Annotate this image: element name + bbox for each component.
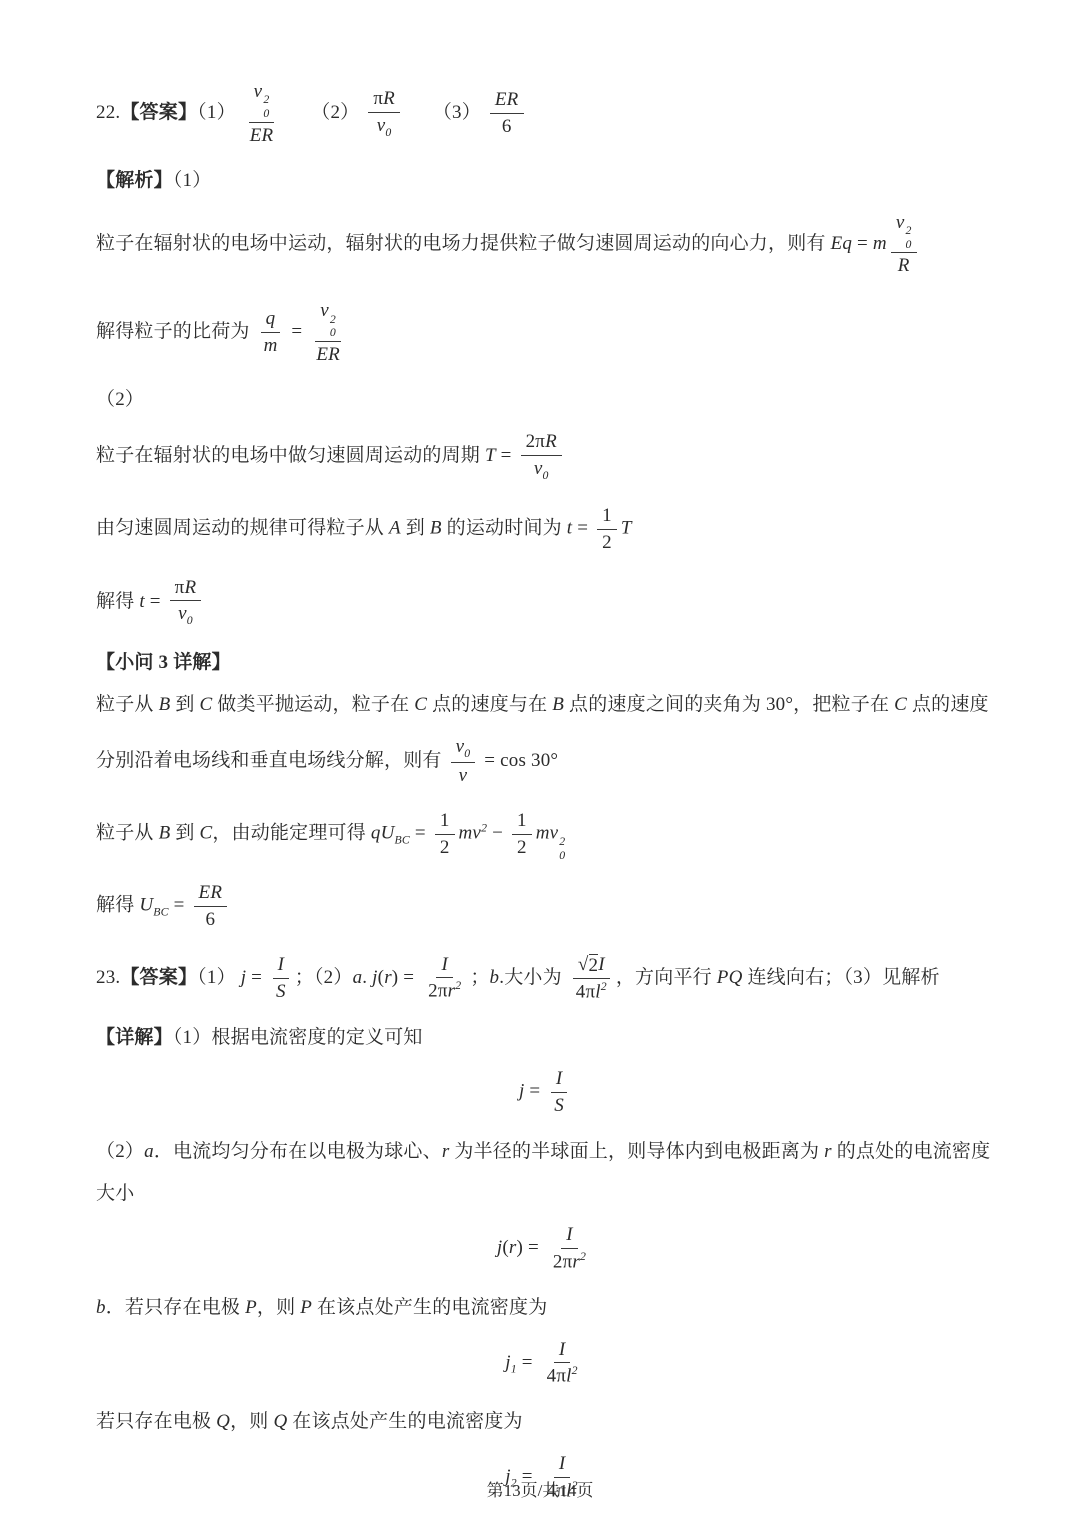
fraction-denominator: v0 bbox=[372, 113, 397, 141]
math-fraction: 12 bbox=[435, 809, 455, 860]
math-var: I bbox=[556, 1068, 563, 1089]
math-var: r bbox=[509, 1237, 517, 1258]
text-run: . bbox=[362, 966, 372, 987]
text-run: 做类平抛运动，粒子在 bbox=[212, 694, 414, 715]
text-run: ，由动能定理可得 bbox=[212, 823, 371, 844]
paragraph: （2）a．电流均匀分布在以电极为球心、r 为半径的半球面上，则导体内到电极距离为… bbox=[96, 1137, 996, 1166]
math-fraction: v20ER bbox=[311, 299, 345, 366]
text-run: 1 bbox=[602, 505, 612, 526]
fraction-denominator: S bbox=[271, 979, 291, 1004]
text-run: = bbox=[572, 518, 593, 539]
math-fraction: qm bbox=[259, 307, 283, 358]
text-run: 解得 bbox=[96, 591, 139, 612]
math-var: C bbox=[199, 694, 212, 715]
superscript: 2 bbox=[601, 980, 607, 993]
radicand: 2 bbox=[589, 954, 599, 977]
math-var: m bbox=[264, 335, 278, 356]
math-fraction: 12 bbox=[597, 504, 617, 555]
math-var: T bbox=[485, 445, 496, 466]
text-run: 【详解】 bbox=[96, 1027, 173, 1048]
text-run: （1）根据电流密度的定义可知 bbox=[173, 1027, 423, 1048]
text-run: 2π bbox=[428, 981, 448, 1002]
fraction-numerator: I bbox=[554, 1452, 571, 1478]
superscript: 2 bbox=[905, 224, 911, 238]
math-var: B bbox=[552, 694, 564, 715]
fraction-denominator: m bbox=[259, 333, 283, 358]
text-run: 连线向右；（3）见解析 bbox=[743, 966, 940, 987]
text-run: = cos 30° bbox=[479, 750, 558, 771]
fraction-denominator: 4πl2 bbox=[542, 1363, 583, 1388]
text-run: 1 bbox=[517, 810, 527, 831]
text-run: 4π bbox=[547, 1366, 567, 1387]
math-fraction: πRv0 bbox=[368, 87, 400, 140]
text-run: − bbox=[487, 823, 508, 844]
superscript: 2 bbox=[263, 93, 269, 107]
paragraph: 粒子在辐射状的电场中运动，辐射状的电场力提供粒子做匀速圆周运动的向心力，则有 E… bbox=[96, 209, 996, 280]
text-run: = bbox=[496, 445, 517, 466]
math-var: S bbox=[554, 1095, 564, 1116]
math-fraction: 2πRv0 bbox=[521, 430, 562, 483]
text-run: 【小问 3 详解】 bbox=[96, 652, 231, 673]
sub-sup-stack: 20 bbox=[559, 835, 565, 862]
text-run: = bbox=[517, 1351, 538, 1372]
text-run: （3） bbox=[404, 102, 486, 123]
analysis-header: 【解析】（1） bbox=[96, 166, 996, 195]
superscript: 2 bbox=[572, 1364, 578, 1377]
math-var: v bbox=[320, 300, 329, 321]
paragraph: 粒子从 B 到 C 做类平抛运动，粒子在 C 点的速度与在 B 点的速度之间的夹… bbox=[96, 690, 996, 719]
math-fraction: I2πr2 bbox=[548, 1223, 591, 1274]
math-var: B bbox=[430, 518, 442, 539]
math-var: I bbox=[598, 954, 605, 975]
superscript: 2 bbox=[580, 1250, 586, 1263]
math-var: I bbox=[559, 1339, 566, 1360]
fraction-denominator: ER bbox=[311, 342, 345, 367]
text-run: 2 bbox=[517, 837, 527, 858]
text-run: 【答案】 bbox=[120, 102, 197, 123]
text-run: 点的速度之间的夹角为 30°，把粒子在 bbox=[564, 694, 894, 715]
math-var: R bbox=[383, 88, 395, 109]
text-run: 2 bbox=[602, 532, 612, 553]
text-run: 4π bbox=[576, 981, 596, 1002]
math-var: B bbox=[159, 823, 171, 844]
math-fraction: ER6 bbox=[490, 88, 524, 139]
math-var: I bbox=[559, 1453, 566, 1474]
text-run: 由匀速圆周运动的规律可得粒子从 bbox=[96, 518, 389, 539]
subscript: 0 bbox=[385, 126, 391, 139]
math-var: Q bbox=[216, 1411, 230, 1432]
text-run: 2π bbox=[526, 431, 546, 452]
formula-line: j(r) = I2πr2 bbox=[96, 1221, 996, 1276]
fraction-denominator: S bbox=[549, 1093, 569, 1118]
text-run: 2 bbox=[589, 955, 599, 976]
fraction-denominator: 4πl2 bbox=[571, 979, 612, 1004]
math-fraction: ER6 bbox=[194, 881, 228, 932]
text-run: 点的速度与在 bbox=[427, 694, 552, 715]
math-var: m bbox=[873, 233, 887, 254]
text-run: 分别沿着电场线和垂直电场线分解，则有 bbox=[96, 750, 447, 771]
text-run: = bbox=[410, 823, 431, 844]
text-run: 为半径的半球面上，则导体内到电极距离为 bbox=[449, 1141, 824, 1162]
math-var: R bbox=[898, 255, 910, 276]
text-run: 大小 bbox=[96, 1183, 134, 1204]
text-run: 粒子在辐射状的电场中运动，辐射状的电场力提供粒子做匀速圆周运动的向心力，则有 bbox=[96, 233, 831, 254]
math-fraction: v20ER bbox=[245, 80, 279, 147]
math-var: r bbox=[824, 1141, 832, 1162]
text-run: ．若只存在电极 bbox=[106, 1297, 245, 1318]
section-marker: （2） bbox=[96, 385, 996, 414]
math-var: Q bbox=[273, 1411, 287, 1432]
fraction-denominator: 6 bbox=[201, 907, 221, 932]
math-var: v bbox=[896, 212, 905, 233]
math-var: S bbox=[276, 981, 286, 1002]
math-var: ER bbox=[199, 882, 223, 903]
subscript: 0 bbox=[464, 747, 470, 760]
fraction-numerator: I bbox=[554, 1338, 571, 1364]
subscript: 0 bbox=[559, 849, 565, 863]
math-fraction: √2I4πl2 bbox=[571, 953, 612, 1004]
math-var: v bbox=[456, 736, 465, 757]
fraction-denominator: 2 bbox=[435, 835, 455, 860]
math-var: r bbox=[384, 966, 392, 987]
sub-sup-stack: 20 bbox=[263, 93, 269, 120]
superscript: 2 bbox=[330, 313, 336, 327]
text-run: 到 bbox=[170, 694, 199, 715]
text-run: ；（2） bbox=[295, 966, 353, 987]
math-var: ER bbox=[495, 89, 519, 110]
math-var: r bbox=[572, 1251, 580, 1272]
fraction-numerator: I bbox=[273, 953, 290, 979]
math-var: I bbox=[278, 954, 285, 975]
math-var: mv bbox=[536, 823, 559, 844]
text-run: ) = bbox=[392, 966, 419, 987]
math-fraction: IS bbox=[549, 1067, 569, 1118]
math-fraction: πRv0 bbox=[170, 576, 202, 629]
subscript: BC bbox=[395, 833, 410, 846]
fraction-numerator: 1 bbox=[435, 809, 455, 835]
math-var: R bbox=[545, 431, 557, 452]
math-fraction: v0v bbox=[451, 735, 476, 788]
fraction-numerator: ER bbox=[490, 88, 524, 114]
text-run: 若只存在电极 bbox=[96, 1411, 216, 1432]
math-var: A bbox=[389, 518, 401, 539]
math-var: v bbox=[178, 603, 187, 624]
text-run: 粒子在辐射状的电场中做匀速圆周运动的周期 bbox=[96, 445, 485, 466]
fraction-denominator: v0 bbox=[173, 601, 198, 629]
answer-line-23: 23.【答案】（1） j = IS；（2）a. j(r) = I2πr2；b.大… bbox=[96, 951, 996, 1006]
text-run: ，则 bbox=[257, 1297, 300, 1318]
math-var: v bbox=[254, 81, 263, 102]
text-run: 2 bbox=[440, 837, 450, 858]
math-fraction: v20R bbox=[891, 211, 917, 278]
radical-sign: √ bbox=[578, 954, 589, 976]
text-run: = bbox=[169, 895, 190, 916]
fraction-numerator: πR bbox=[368, 87, 400, 113]
math-var: P bbox=[245, 1297, 257, 1318]
fraction-denominator: 2 bbox=[512, 835, 532, 860]
text-run: .大小为 bbox=[499, 966, 567, 987]
text-run: （1） bbox=[197, 966, 241, 987]
paragraph: 解得粒子的比荷为 qm = v20ER bbox=[96, 297, 996, 368]
subquestion-header: 【小问 3 详解】 bbox=[96, 648, 996, 677]
text-run: 23. bbox=[96, 966, 120, 987]
text-run: （1） bbox=[197, 102, 241, 123]
fraction-numerator: v0 bbox=[451, 735, 476, 764]
subscript: 0 bbox=[263, 107, 269, 121]
math-var: q bbox=[266, 308, 276, 329]
fraction-numerator: I bbox=[436, 953, 453, 979]
math-var: P bbox=[300, 1297, 312, 1318]
superscript: 2 bbox=[455, 979, 461, 992]
math-var: ER bbox=[316, 344, 340, 365]
document-page: 22.【答案】（1） v20ER （2） πRv0 （3） ER6【解析】（1）… bbox=[0, 0, 1080, 1527]
math-fraction: 12 bbox=[512, 809, 532, 860]
answer-line-22: 22.【答案】（1） v20ER （2） πRv0 （3） ER6 bbox=[96, 78, 996, 149]
text-run: ； bbox=[470, 966, 489, 987]
subscript: 0 bbox=[330, 326, 336, 340]
paragraph: 解得 t = πRv0 bbox=[96, 574, 996, 631]
detail-header: 【详解】（1）根据电流密度的定义可知 bbox=[96, 1023, 996, 1052]
paragraph: 解得 UBC = ER6 bbox=[96, 879, 996, 934]
fraction-denominator: v0 bbox=[529, 456, 554, 484]
fraction-numerator: I bbox=[561, 1223, 578, 1249]
math-var: B bbox=[159, 694, 171, 715]
square-root: √2 bbox=[578, 954, 598, 977]
math-var: PQ bbox=[717, 966, 743, 987]
formula-line: j = IS bbox=[96, 1065, 996, 1120]
text-run: 在该点处产生的电流密度为 bbox=[312, 1297, 547, 1318]
text-run: 1 bbox=[440, 810, 450, 831]
math-var: I bbox=[441, 954, 448, 975]
math-var: Eq bbox=[831, 233, 853, 254]
fraction-denominator: 6 bbox=[497, 114, 517, 139]
text-run: 解得粒子的比荷为 bbox=[96, 321, 255, 342]
text-run: 的运动时间为 bbox=[442, 518, 567, 539]
math-var: a bbox=[144, 1141, 154, 1162]
text-run: 到 bbox=[170, 823, 199, 844]
text-run: 6 bbox=[502, 116, 512, 137]
text-run: （1） bbox=[173, 170, 212, 191]
math-fraction: I4πl2 bbox=[542, 1338, 583, 1389]
text-run: 22. bbox=[96, 102, 120, 123]
fraction-denominator: ER bbox=[245, 123, 279, 148]
fraction-numerator: v20 bbox=[891, 211, 917, 254]
math-var: I bbox=[566, 1224, 573, 1245]
subscript: 0 bbox=[542, 468, 548, 481]
text-run: ) = bbox=[517, 1237, 544, 1258]
text-run: （2） bbox=[96, 1141, 144, 1162]
math-var: mv bbox=[459, 823, 482, 844]
fraction-numerator: √2I bbox=[573, 953, 610, 979]
paragraph: 分别沿着电场线和垂直电场线分解，则有 v0v = cos 30° bbox=[96, 733, 996, 790]
page-footer: 第13页/共14页 bbox=[0, 1476, 1080, 1501]
fraction-numerator: πR bbox=[170, 576, 202, 602]
fraction-numerator: v20 bbox=[249, 80, 275, 123]
text-run: 解得 bbox=[96, 895, 139, 916]
fraction-denominator: 2πr2 bbox=[548, 1249, 591, 1274]
math-var: U bbox=[381, 823, 395, 844]
superscript: 2 bbox=[559, 835, 565, 849]
sub-sup-stack: 20 bbox=[905, 224, 911, 251]
math-var: b bbox=[490, 966, 500, 987]
paragraph: 大小 bbox=[96, 1179, 996, 1208]
paragraph: 由匀速圆周运动的规律可得粒子从 A 到 B 的运动时间为 t = 12T bbox=[96, 502, 996, 557]
fraction-denominator: 2πr2 bbox=[423, 978, 466, 1003]
text-run: 【解析】 bbox=[96, 170, 173, 191]
subscript: BC bbox=[153, 906, 168, 919]
fraction-denominator: v bbox=[454, 763, 473, 788]
document-body: 22.【答案】（1） v20ER （2） πRv0 （3） ER6【解析】（1）… bbox=[96, 78, 996, 1522]
fraction-numerator: q bbox=[261, 307, 281, 333]
math-var: b bbox=[96, 1297, 106, 1318]
subscript: 0 bbox=[905, 238, 911, 252]
fraction-denominator: 2 bbox=[597, 530, 617, 555]
math-var: ER bbox=[250, 125, 274, 146]
paragraph: 粒子在辐射状的电场中做匀速圆周运动的周期 T = 2πRv0 bbox=[96, 428, 996, 485]
fraction-numerator: 1 bbox=[512, 809, 532, 835]
paragraph: b．若只存在电极 P，则 P 在该点处产生的电流密度为 bbox=[96, 1293, 996, 1322]
text-run: 粒子从 bbox=[96, 823, 159, 844]
text-run: = bbox=[246, 966, 267, 987]
math-var: q bbox=[371, 823, 381, 844]
math-var: R bbox=[184, 577, 196, 598]
math-var: C bbox=[199, 823, 212, 844]
math-var: v bbox=[459, 765, 468, 786]
text-run: 点的速度 bbox=[907, 694, 989, 715]
text-run: = bbox=[524, 1081, 545, 1102]
text-run: = bbox=[852, 233, 873, 254]
math-fraction: I2πr2 bbox=[423, 953, 466, 1004]
text-run: π bbox=[373, 88, 383, 109]
fraction-numerator: v20 bbox=[315, 299, 341, 342]
fraction-numerator: 2πR bbox=[521, 430, 562, 456]
math-var: C bbox=[894, 694, 907, 715]
text-run: 的点处的电流密度 bbox=[832, 1141, 991, 1162]
math-fraction: IS bbox=[271, 953, 291, 1004]
text-run: 在该点处产生的电流密度为 bbox=[287, 1411, 522, 1432]
math-var: a bbox=[353, 966, 363, 987]
text-run: 2π bbox=[553, 1251, 573, 1272]
text-run: ．电流均匀分布在以电极为球心、 bbox=[154, 1141, 442, 1162]
text-run: π bbox=[175, 577, 185, 598]
text-run: 粒子从 bbox=[96, 694, 159, 715]
formula-line: j1 = I4πl2 bbox=[96, 1336, 996, 1391]
math-var: T bbox=[621, 518, 632, 539]
text-run: 6 bbox=[206, 909, 216, 930]
paragraph: 粒子从 B 到 C，由动能定理可得 qUBC = 12mv2 − 12mv20 bbox=[96, 807, 996, 862]
text-run: ，方向平行 bbox=[616, 966, 717, 987]
fraction-numerator: ER bbox=[194, 881, 228, 907]
math-var: C bbox=[414, 694, 427, 715]
text-run: （2） bbox=[282, 102, 364, 123]
text-run: 【答案】 bbox=[120, 966, 197, 987]
text-run: ，则 bbox=[230, 1411, 273, 1432]
paragraph: 若只存在电极 Q，则 Q 在该点处产生的电流密度为 bbox=[96, 1407, 996, 1436]
sub-sup-stack: 20 bbox=[330, 313, 336, 340]
text-run: = bbox=[286, 321, 307, 342]
text-run: = bbox=[145, 591, 166, 612]
fraction-denominator: R bbox=[893, 253, 915, 278]
text-run: （2） bbox=[96, 389, 144, 410]
subscript: 0 bbox=[187, 614, 193, 627]
fraction-numerator: I bbox=[551, 1067, 568, 1093]
text-run: 到 bbox=[401, 518, 430, 539]
fraction-numerator: 1 bbox=[597, 504, 617, 530]
math-var: U bbox=[139, 895, 153, 916]
